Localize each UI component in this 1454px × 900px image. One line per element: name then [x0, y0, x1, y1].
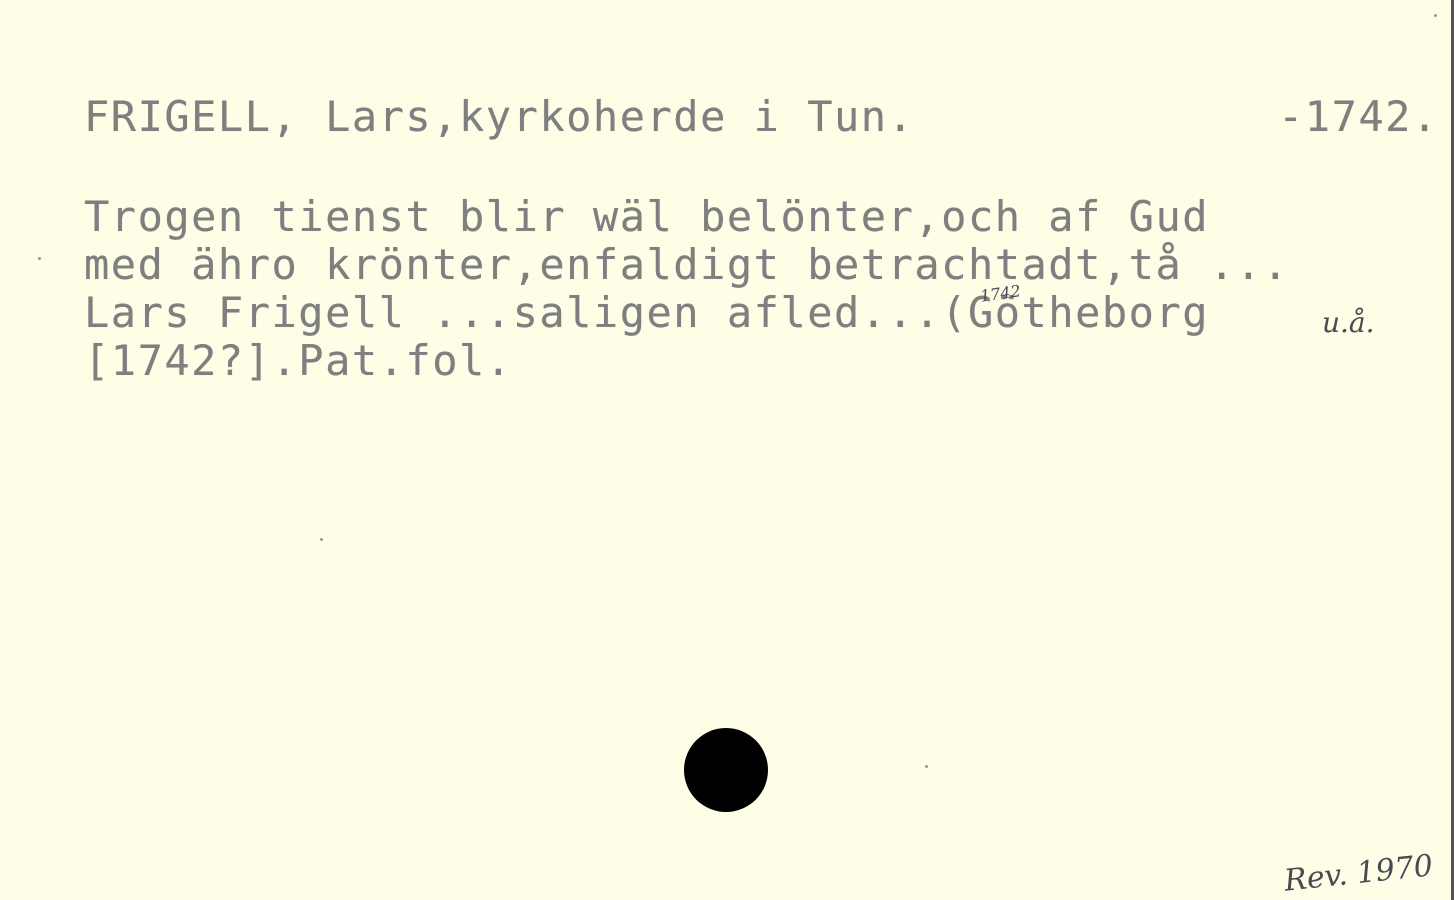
- card-heading-name: FRIGELL, Lars,kyrkoherde i Tun.: [84, 96, 914, 138]
- paper-speck: [925, 765, 928, 768]
- catalog-card: FRIGELL, Lars,kyrkoherde i Tun. -1742. T…: [0, 0, 1454, 900]
- card-body-line: Lars Frigell ...saligen afled...(Göthebo…: [84, 292, 1209, 334]
- punch-hole: [684, 728, 768, 812]
- card-heading-date: -1742.: [1278, 96, 1439, 138]
- card-body-line: [1742?].Pat.fol.: [84, 340, 513, 382]
- handwritten-place-note: u.å.: [1322, 306, 1375, 339]
- card-body-line: Trogen tienst blir wäl belönter,och af G…: [84, 196, 1209, 238]
- paper-speck: [320, 538, 323, 541]
- paper-speck: [1434, 14, 1437, 17]
- handwritten-revision-note: Rev. 1970: [1283, 848, 1435, 898]
- paper-speck: [38, 257, 41, 260]
- card-body-line: med ähro krönter,enfaldigt betrachtadt,t…: [84, 244, 1289, 286]
